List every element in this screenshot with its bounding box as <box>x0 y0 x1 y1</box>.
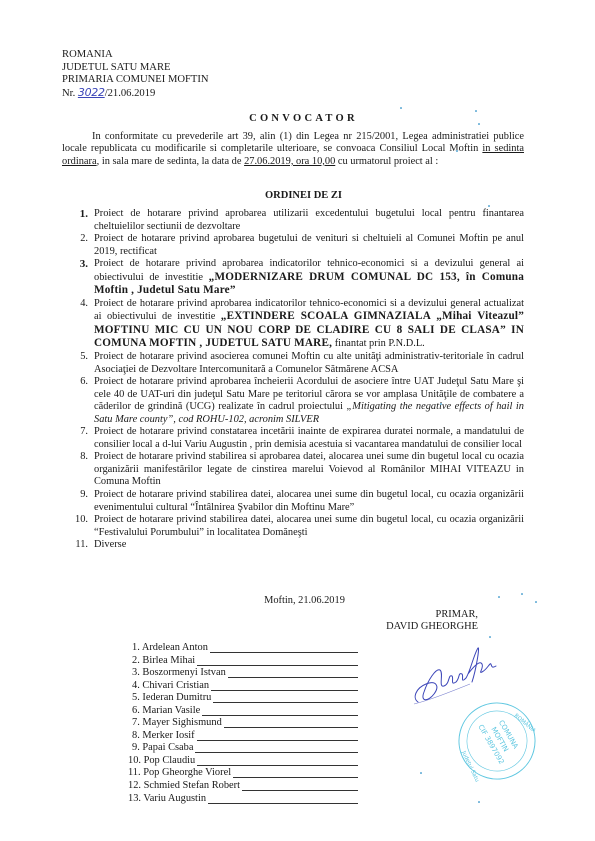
signatory-block: PRIMAR, DAVID GHEORGHE <box>358 609 478 634</box>
council-member: 13. Variu Augustin <box>128 793 240 806</box>
agenda-item-number: 1. <box>72 208 92 221</box>
council-member: 6. Marian Vasile <box>132 705 240 718</box>
member-name: 5. Iederan Dumitru <box>132 692 211 703</box>
signature-line[interactable] <box>233 777 358 778</box>
member-name: 12. Schmied Stefan Robert <box>128 780 240 791</box>
agenda-title: ORDINEI DE ZI <box>0 190 595 201</box>
nr-date: /21.06.2019 <box>105 88 156 99</box>
agenda-list: 1.Proiect de hotarare privind aprobarea … <box>72 208 524 552</box>
agenda-item-number: 7. <box>72 426 92 439</box>
agenda-item-number: 2. <box>72 233 92 246</box>
agenda-item-number: 11. <box>70 539 92 552</box>
signature-line[interactable] <box>211 690 358 691</box>
member-name: 8. Merker Iosif <box>132 730 195 741</box>
council-member: 4. Chivari Cristian <box>132 680 240 693</box>
council-member: 3. Boszormenyi Istvan <box>132 667 240 680</box>
signature-line[interactable] <box>208 803 358 804</box>
agenda-item-text: Proiect de hotarare privind stabilirea d… <box>94 514 524 538</box>
agenda-item-number: 3. <box>72 258 92 271</box>
signature-line[interactable] <box>197 740 358 741</box>
agenda-item: 5.Proiect de hotarare privind asocierea … <box>72 351 524 376</box>
agenda-item: 7.Proiect de hotarare privind constatare… <box>72 426 524 451</box>
agenda-item: 9.Proiect de hotarare privind stabilirea… <box>72 489 524 514</box>
council-member: 2. Birlea Mihai <box>132 655 240 668</box>
signature-line[interactable] <box>224 727 358 728</box>
agenda-item: 2.Proiect de hotarare privind aprobarea … <box>72 233 524 258</box>
council-member: 9. Papai Csaba <box>132 742 240 755</box>
letterhead: ROMANIA JUDETUL SATU MARE PRIMARIA COMUN… <box>62 49 209 100</box>
signature-line[interactable] <box>213 702 358 703</box>
agenda-item-text: Proiect de hotarare privind asocierea co… <box>94 351 524 375</box>
nr-prefix: Nr. <box>62 88 78 99</box>
agenda-item-number: 5. <box>72 351 92 364</box>
handwritten-number: 3022 <box>78 86 105 99</box>
member-name: 11. Pop Gheorghe Viorel <box>128 767 231 778</box>
signatory-name: DAVID GHEORGHE <box>358 621 478 633</box>
agenda-item-text: Proiect de hotarare privind aprobarea ut… <box>94 208 524 232</box>
document-page: ROMANIA JUDETUL SATU MARE PRIMARIA COMUN… <box>0 0 595 841</box>
agenda-item: 6.Proiect de hotarare privind aprobarea … <box>72 376 524 426</box>
agenda-item-number: 4. <box>72 298 92 311</box>
agenda-item: 3.Proiect de hotarare privind aprobarea … <box>72 258 524 298</box>
agenda-item-number: 8. <box>72 451 92 464</box>
agenda-item-text: Proiect de hotarare privind constatarea … <box>94 426 524 450</box>
signature-line[interactable] <box>242 790 358 791</box>
member-name: 13. Variu Augustin <box>128 793 206 804</box>
council-member: 10. Pop Claudiu <box>128 755 240 768</box>
agenda-item: 10.Proiect de hotarare privind stabilire… <box>72 514 524 539</box>
intro-text-3: cu urmatorul proiect al : <box>335 156 438 167</box>
signature-line[interactable] <box>210 652 358 653</box>
agenda-item-number: 6. <box>72 376 92 389</box>
member-name: 4. Chivari Cristian <box>132 680 209 691</box>
member-name: 1. Ardelean Anton <box>132 642 208 653</box>
council-member: 12. Schmied Stefan Robert <box>128 780 240 793</box>
registration-number: Nr. 3022/21.06.2019 <box>62 87 209 101</box>
agenda-item: 8.Proiect de hotarare privind stabilirea… <box>72 451 524 489</box>
member-name: 9. Papai Csaba <box>132 742 193 753</box>
agenda-item-funding: finantat prin P.N.D.L. <box>332 338 425 349</box>
svg-text:Judetul Satu Mare: Judetul Satu Mare <box>460 749 487 782</box>
agenda-item: 11.Diverse <box>72 539 524 552</box>
agenda-item-number: 10. <box>70 514 92 527</box>
member-name: 3. Boszormenyi Istvan <box>132 667 226 678</box>
council-member: 7. Mayer Sighismund <box>132 717 240 730</box>
county-line: JUDETUL SATU MARE <box>62 62 209 75</box>
official-stamp: COMUNA MOFTIN CIF 3897092 ROMÂNIA Judetu… <box>456 700 538 782</box>
agenda-item: 1.Proiect de hotarare privind aprobarea … <box>72 208 524 233</box>
signature-line[interactable] <box>197 665 358 666</box>
member-name: 7. Mayer Sighismund <box>132 717 222 728</box>
member-name: 10. Pop Claudiu <box>128 755 195 766</box>
signature-line[interactable] <box>197 765 358 766</box>
session-datetime: 27.06.2019, ora 10,00 <box>244 156 335 167</box>
council-members-list: 1. Ardelean Anton2. Birlea Mihai3. Boszo… <box>132 642 240 805</box>
signature-line[interactable] <box>195 752 358 753</box>
agenda-item-number: 9. <box>72 489 92 502</box>
country-line: ROMANIA <box>62 49 209 62</box>
council-member: 8. Merker Iosif <box>132 730 240 743</box>
signature-line[interactable] <box>228 677 358 678</box>
agenda-item-text: Proiect de hotarare privind stabilirea d… <box>94 489 524 513</box>
agenda-item: 4.Proiect de hotarare privind aprobarea … <box>72 298 524 351</box>
agenda-item-text: Proiect de hotarare privind stabilirea s… <box>94 451 524 487</box>
member-name: 2. Birlea Mihai <box>132 655 195 666</box>
signature-line[interactable] <box>202 715 358 716</box>
intro-text-1: In conformitate cu prevederile art 39, a… <box>62 131 524 154</box>
document-title: CONVOCATOR <box>0 113 595 124</box>
member-name: 6. Marian Vasile <box>132 705 200 716</box>
agenda-item-text: Proiect de hotarare privind aprobarea bu… <box>94 233 524 257</box>
council-member: 5. Iederan Dumitru <box>132 692 240 705</box>
signatory-role: PRIMAR, <box>358 609 478 621</box>
council-member: 11. Pop Gheorghe Viorel <box>128 767 240 780</box>
agenda-item-text: Diverse <box>94 539 126 550</box>
council-member: 1. Ardelean Anton <box>132 642 240 655</box>
place-and-date: Moftin, 21.06.2019 <box>0 595 595 606</box>
intro-text-2: , in sala mare de sedinta, la data de <box>97 156 244 167</box>
intro-paragraph: In conformitate cu prevederile art 39, a… <box>62 131 524 168</box>
